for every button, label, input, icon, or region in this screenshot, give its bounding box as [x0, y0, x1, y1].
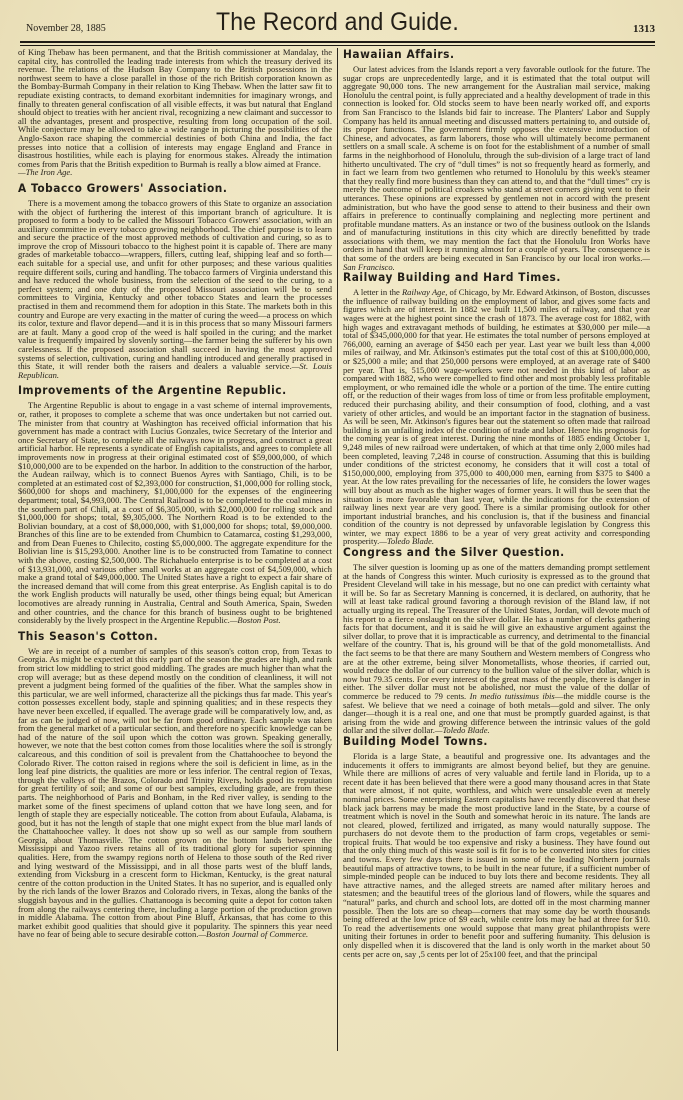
- article-heading: Improvements of the Argentine Republic.: [18, 384, 307, 397]
- article-heading: Hawaiian Affairs.: [343, 48, 625, 61]
- article-heading: This Season's Cotton.: [18, 630, 307, 643]
- article-silver-question: Congress and the Silver Question. The si…: [343, 546, 650, 735]
- article-source: —Boston Journal of Commerce.: [198, 929, 308, 939]
- article-heading: Building Model Towns.: [343, 735, 625, 748]
- article-railway-building: Railway Building and Hard Times. A lette…: [343, 271, 650, 546]
- article-body: The Argentine Republic is about to engag…: [18, 401, 332, 624]
- article-hawaiian-affairs: Hawaiian Affairs. Our latest advices fro…: [343, 48, 650, 271]
- article-heading: Railway Building and Hard Times.: [343, 271, 625, 284]
- article-source: —Boston Post.: [230, 615, 281, 625]
- article-body: We are in receipt of a number of samples…: [18, 647, 332, 939]
- article-source: —The Iron Age.: [18, 167, 72, 177]
- article-body: Florida is a large State, a beautiful an…: [343, 752, 650, 958]
- article-heading: A Tobacco Growers' Association.: [18, 182, 307, 195]
- article-body: Our latest advices from the Islands repo…: [343, 65, 650, 271]
- left-column: of King Thebaw has been permanent, and t…: [18, 48, 332, 939]
- article-body: The silver question is looming up as one…: [343, 563, 650, 735]
- column-divider: [337, 48, 338, 1051]
- article-body: There is a movement among the tobacco gr…: [18, 199, 332, 379]
- right-column: Hawaiian Affairs. Our latest advices fro…: [343, 48, 650, 958]
- publication-title: The Record and Guide.: [45, 8, 629, 37]
- article-burmah-continuation: of King Thebaw has been permanent, and t…: [18, 48, 332, 177]
- article-tobacco-growers: A Tobacco Growers' Association. There is…: [18, 182, 332, 379]
- masthead: November 28, 1885 The Record and Guide. …: [20, 6, 655, 40]
- header-rule: [20, 41, 655, 46]
- article-model-towns: Building Model Towns. Florida is a large…: [343, 735, 650, 958]
- article-body: of King Thebaw has been permanent, and t…: [18, 48, 332, 177]
- page-number: 1313: [633, 23, 655, 35]
- article-heading: Congress and the Silver Question.: [343, 546, 625, 559]
- article-argentine-republic: Improvements of the Argentine Republic. …: [18, 384, 332, 624]
- article-body: A letter in the Railway Age, of Chicago,…: [343, 288, 650, 546]
- article-seasons-cotton: This Season's Cotton. We are in receipt …: [18, 630, 332, 939]
